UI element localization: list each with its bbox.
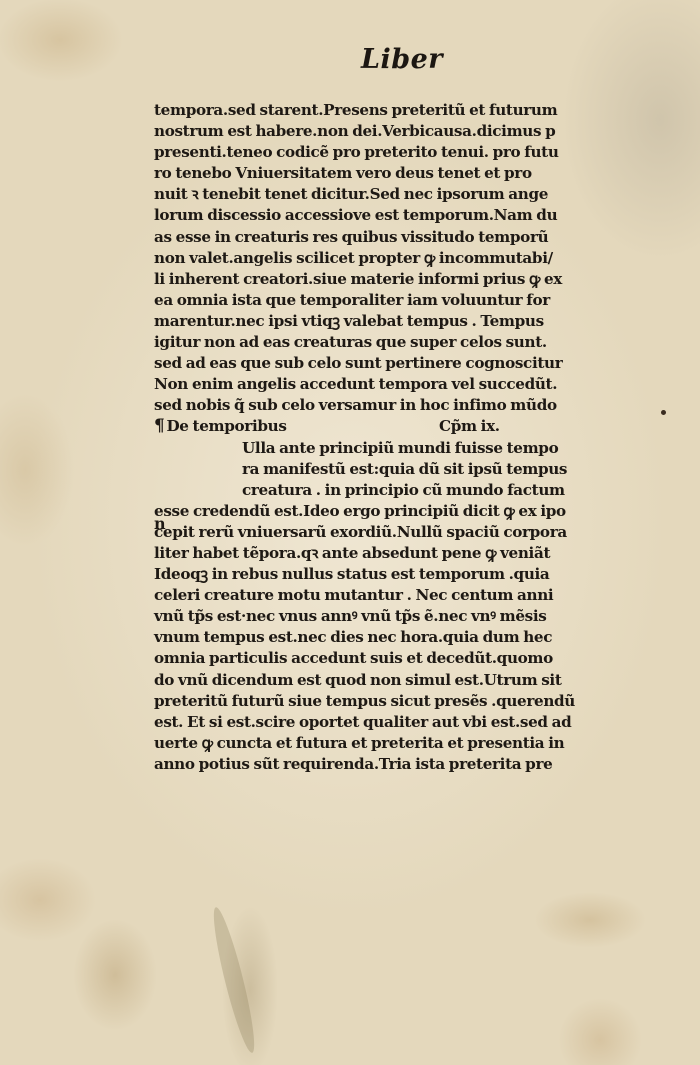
guide-letter: n	[154, 514, 166, 533]
text-line-indented: Ulla ante principiũ mundi fuisse tempo	[154, 438, 634, 459]
chapter-title: De temporibus	[166, 417, 286, 435]
text-line: sed nobis q̃ sub celo versamur in hoc in…	[154, 395, 634, 416]
running-head: Liber	[361, 44, 443, 75]
text-line: ea omnia ista que temporaliter iam voluu…	[154, 290, 634, 311]
text-line: ro tenebo Vniuersitatem vero deus tenet …	[154, 163, 634, 184]
text-line: esse credendũ est.Ideo ergo principiũ di…	[154, 501, 634, 522]
text-line: presenti.teneo codicẽ pro preterito tenu…	[154, 142, 634, 163]
text-line: omnia particulis accedunt suis et decedũ…	[154, 648, 634, 669]
text-line: est. Et si est.scire oportet qualiter au…	[154, 712, 634, 733]
text-line: vnum tempus est.nec dies nec hora.quia d…	[154, 627, 634, 648]
text-line: celeri creature motu mutantur . Nec cent…	[154, 585, 634, 606]
text-line: non valet.angelis scilicet propter ꝙ inc…	[154, 248, 634, 269]
text-line: nuit ꝛ tenebit tenet dicitur.Sed nec ips…	[154, 184, 634, 205]
text-block: tempora.sed starent.Presens preteritũ et…	[154, 100, 634, 775]
text-line: do vnũ dicendum est quod non simul est.U…	[154, 670, 634, 691]
text-line: liter habet tẽpora.qꝛ ante absedunt pene…	[154, 543, 634, 564]
text-line: igitur non ad eas creaturas que super ce…	[154, 332, 634, 353]
text-line-indented: ra manifestũ est:quia dũ sit ipsũ tempus	[154, 459, 634, 480]
text-line: preteritũ futurũ siue tempus sicut presẽ…	[154, 691, 634, 712]
text-line: cepit rerũ vniuersarũ exordiũ.Nullũ spac…	[154, 522, 634, 543]
text-line: uerte ꝙ cuncta et futura et preterita et…	[154, 733, 634, 754]
text-line: vnũ tp̃s est·nec vnus annꝰ vnũ tp̃s ẽ.ne…	[154, 606, 634, 627]
text-line: sed ad eas que sub celo sunt pertinere c…	[154, 353, 634, 374]
ink-spot	[661, 410, 666, 415]
text-line: anno potius sũt requirenda.Tria ista pre…	[154, 754, 634, 775]
text-line: nostrum est habere.non dei.Verbicausa.di…	[154, 121, 634, 142]
text-line: li inherent creatori.siue materie inform…	[154, 269, 634, 290]
text-line: marentur.nec ipsi vtiqꝫ valebat tempus .…	[154, 311, 634, 332]
chapter-title-wrap: ¶De temporibus	[154, 416, 439, 437]
chapter-heading: ¶De temporibusCp̃m ix.	[154, 416, 634, 437]
pilcrow-icon: ¶	[154, 416, 164, 436]
text-line-indented: creatura . in principio cũ mundo factum	[154, 480, 634, 501]
text-line: as esse in creaturis res quibus vissitud…	[154, 227, 634, 248]
text-line: lorum discessio accessiove est temporum.…	[154, 205, 634, 226]
text-line: Non enim angelis accedunt tempora vel su…	[154, 374, 634, 395]
text-line: Ideoqꝫ in rebus nullus status est tempor…	[154, 564, 634, 585]
text-line: tempora.sed starent.Presens preteritũ et…	[154, 100, 634, 121]
chapter-number: Cp̃m ix.	[439, 417, 500, 435]
